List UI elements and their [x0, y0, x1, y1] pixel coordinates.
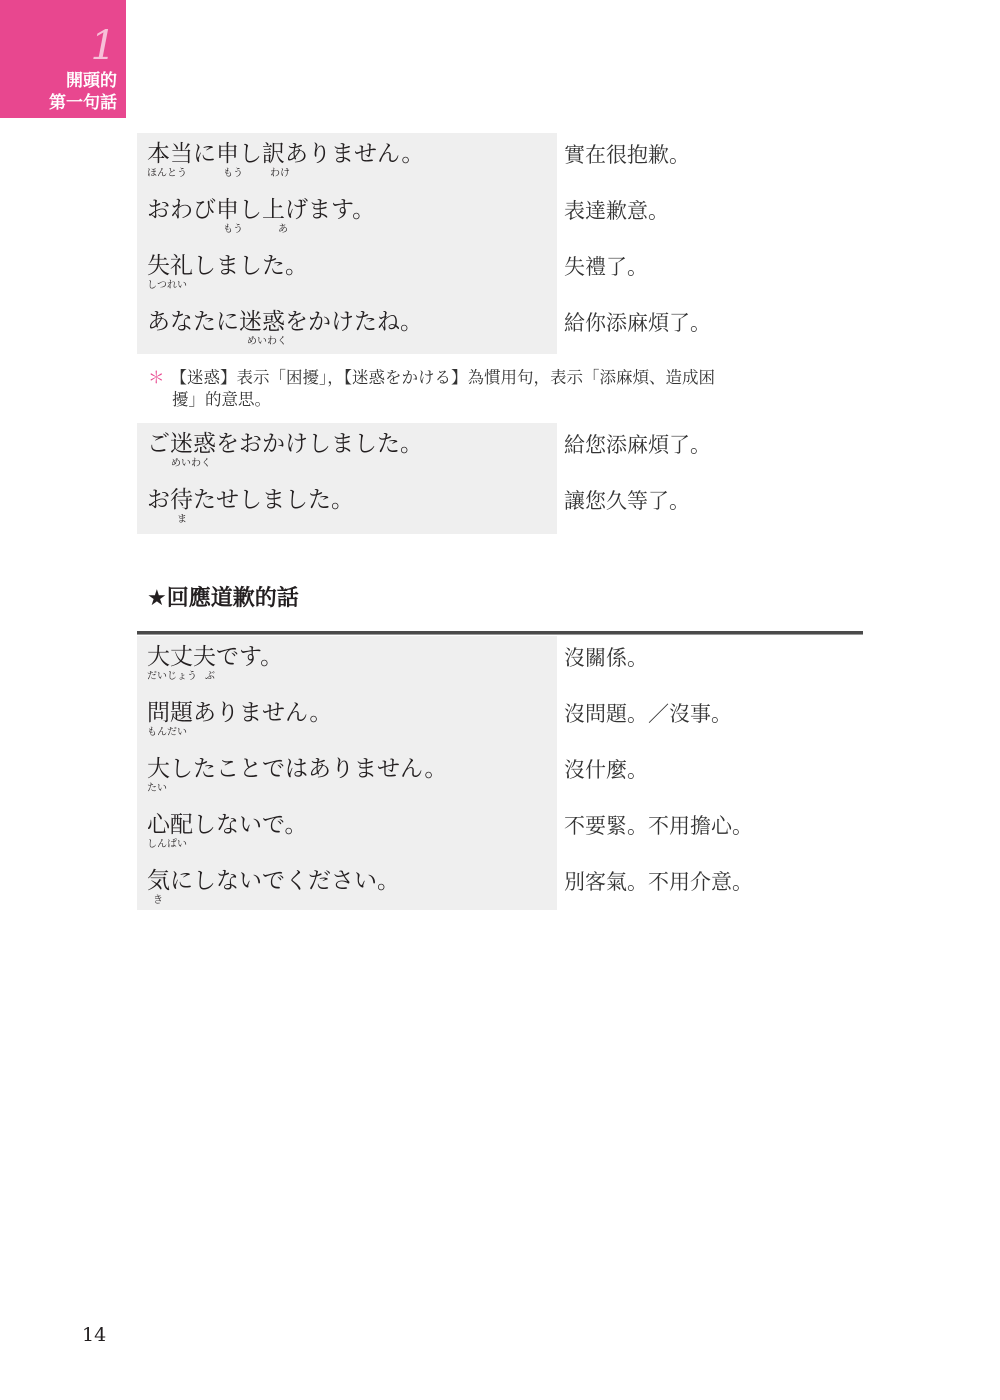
chapter-title: 開頭的 第一句話: [49, 70, 117, 114]
chinese-translation: 給您添麻煩了。: [564, 432, 711, 458]
chapter-title-line1: 開頭的: [49, 70, 117, 92]
phrase-row: 大したことではありません。 たい 沒什麼。: [137, 748, 863, 804]
japanese-phrase: 気にしないでください。: [147, 868, 400, 894]
section-divider: [137, 631, 863, 635]
furigana: もう: [223, 224, 243, 235]
phrase-row: あなたに迷惑をかけたね。 めいわく 給你添麻煩了。: [137, 301, 863, 354]
chinese-cell: 讓您久等了。: [557, 479, 863, 534]
japanese-cell: 問題ありません。 もんだい: [137, 692, 557, 748]
japanese-phrase: ご迷惑をおかけしました。: [147, 431, 423, 457]
furigana: たい: [147, 783, 167, 794]
phrase-row: 失礼しました。 しつれい 失禮了。: [137, 245, 863, 301]
chinese-cell: 沒關係。: [557, 636, 863, 692]
furigana: もう: [223, 168, 243, 179]
phrase-row: 本当に申し訳ありません。 ほんとう もう わけ 實在很抱歉。: [137, 133, 863, 189]
chinese-cell: 表達歉意。: [557, 189, 863, 245]
furigana: しつれい: [147, 280, 187, 291]
chapter-number: 1: [91, 26, 116, 66]
note-line1: 【迷惑】表示「困擾」，【迷惑をかける】為慣用句，表示「添麻煩、造成困: [171, 368, 716, 387]
chinese-cell: 失禮了。: [557, 245, 863, 301]
japanese-cell: 失礼しました。 しつれい: [137, 245, 557, 301]
japanese-cell: 気にしないでください。 き: [137, 860, 557, 910]
phrase-row: お待たせしました。 ま 讓您久等了。: [137, 479, 863, 534]
japanese-phrase: お待たせしました。: [147, 487, 354, 513]
asterisk-icon: ＊: [148, 368, 165, 387]
furigana: わけ: [270, 168, 290, 179]
chinese-cell: 實在很抱歉。: [557, 133, 863, 189]
furigana: ぶ: [205, 671, 215, 682]
furigana: ま: [177, 514, 187, 525]
furigana: めいわく: [247, 336, 287, 347]
chinese-translation: 沒問題。／沒事。: [564, 701, 732, 727]
chapter-tab: 1 開頭的 第一句話: [0, 0, 126, 118]
chinese-translation: 讓您久等了。: [564, 488, 690, 514]
japanese-cell: 大丈夫です。 だいじょう ぶ: [137, 636, 557, 692]
usage-note: ＊【迷惑】表示「困擾」，【迷惑をかける】為慣用句，表示「添麻煩、造成困 擾」的意…: [148, 367, 868, 411]
japanese-phrase: 問題ありません。: [147, 700, 332, 726]
phrase-row: おわび申し上げます。 もう あ 表達歉意。: [137, 189, 863, 245]
japanese-phrase: 本当に申し訳ありません。: [147, 141, 424, 167]
chinese-translation: 實在很抱歉。: [564, 142, 690, 168]
chinese-cell: 別客氣。不用介意。: [557, 860, 863, 910]
chinese-cell: 給您添麻煩了。: [557, 423, 863, 479]
phrase-row: 気にしないでください。 き 別客氣。不用介意。: [137, 860, 863, 910]
japanese-cell: ご迷惑をおかけしました。 めいわく: [137, 423, 557, 479]
phrase-table-apology-polite: ご迷惑をおかけしました。 めいわく 給您添麻煩了。 お待たせしました。 ま 讓您…: [137, 423, 863, 534]
japanese-phrase: 心配しないで。: [147, 812, 308, 838]
furigana: もんだい: [147, 727, 187, 738]
japanese-cell: お待たせしました。 ま: [137, 479, 557, 534]
page-number: 14: [82, 1324, 106, 1346]
chinese-translation: 不要緊。不用擔心。: [564, 813, 753, 839]
phrase-row: 心配しないで。 しんぱい 不要緊。不用擔心。: [137, 804, 863, 860]
furigana: ほんとう: [147, 168, 187, 179]
furigana: あ: [278, 224, 288, 235]
section-heading: ★回應道歉的話: [147, 581, 299, 612]
japanese-phrase: 失礼しました。: [147, 253, 308, 279]
japanese-cell: あなたに迷惑をかけたね。 めいわく: [137, 301, 557, 354]
chinese-cell: 不要緊。不用擔心。: [557, 804, 863, 860]
phrase-row: ご迷惑をおかけしました。 めいわく 給您添麻煩了。: [137, 423, 863, 479]
chinese-translation: 給你添麻煩了。: [564, 310, 711, 336]
japanese-cell: 本当に申し訳ありません。 ほんとう もう わけ: [137, 133, 557, 189]
chinese-cell: 沒什麼。: [557, 748, 863, 804]
phrase-table-responses: 大丈夫です。 だいじょう ぶ 沒關係。 問題ありません。 もんだい 沒問題。／沒…: [137, 636, 863, 910]
furigana: めいわく: [171, 458, 211, 469]
japanese-cell: 心配しないで。 しんぱい: [137, 804, 557, 860]
japanese-cell: 大したことではありません。 たい: [137, 748, 557, 804]
japanese-phrase: 大丈夫です。: [147, 644, 283, 670]
phrase-row: 問題ありません。 もんだい 沒問題。／沒事。: [137, 692, 863, 748]
japanese-phrase: あなたに迷惑をかけたね。: [147, 309, 423, 335]
furigana: しんぱい: [147, 839, 187, 850]
chinese-translation: 沒關係。: [564, 645, 648, 671]
furigana: だいじょう: [147, 671, 197, 682]
chinese-translation: 表達歉意。: [564, 198, 669, 224]
japanese-phrase: 大したことではありません。: [147, 756, 447, 782]
chinese-translation: 別客氣。不用介意。: [564, 869, 753, 895]
chinese-translation: 沒什麼。: [564, 757, 648, 783]
chinese-cell: 沒問題。／沒事。: [557, 692, 863, 748]
chinese-translation: 失禮了。: [564, 254, 648, 280]
chinese-cell: 給你添麻煩了。: [557, 301, 863, 354]
furigana: き: [153, 895, 163, 906]
phrase-row: 大丈夫です。 だいじょう ぶ 沒關係。: [137, 636, 863, 692]
japanese-phrase: おわび申し上げます。: [147, 197, 375, 223]
japanese-cell: おわび申し上げます。 もう あ: [137, 189, 557, 245]
phrase-table-apology: 本当に申し訳ありません。 ほんとう もう わけ 實在很抱歉。 おわび申し上げます…: [137, 133, 863, 354]
chapter-title-line2: 第一句話: [49, 92, 117, 114]
note-line2: 擾」的意思。: [148, 389, 868, 411]
